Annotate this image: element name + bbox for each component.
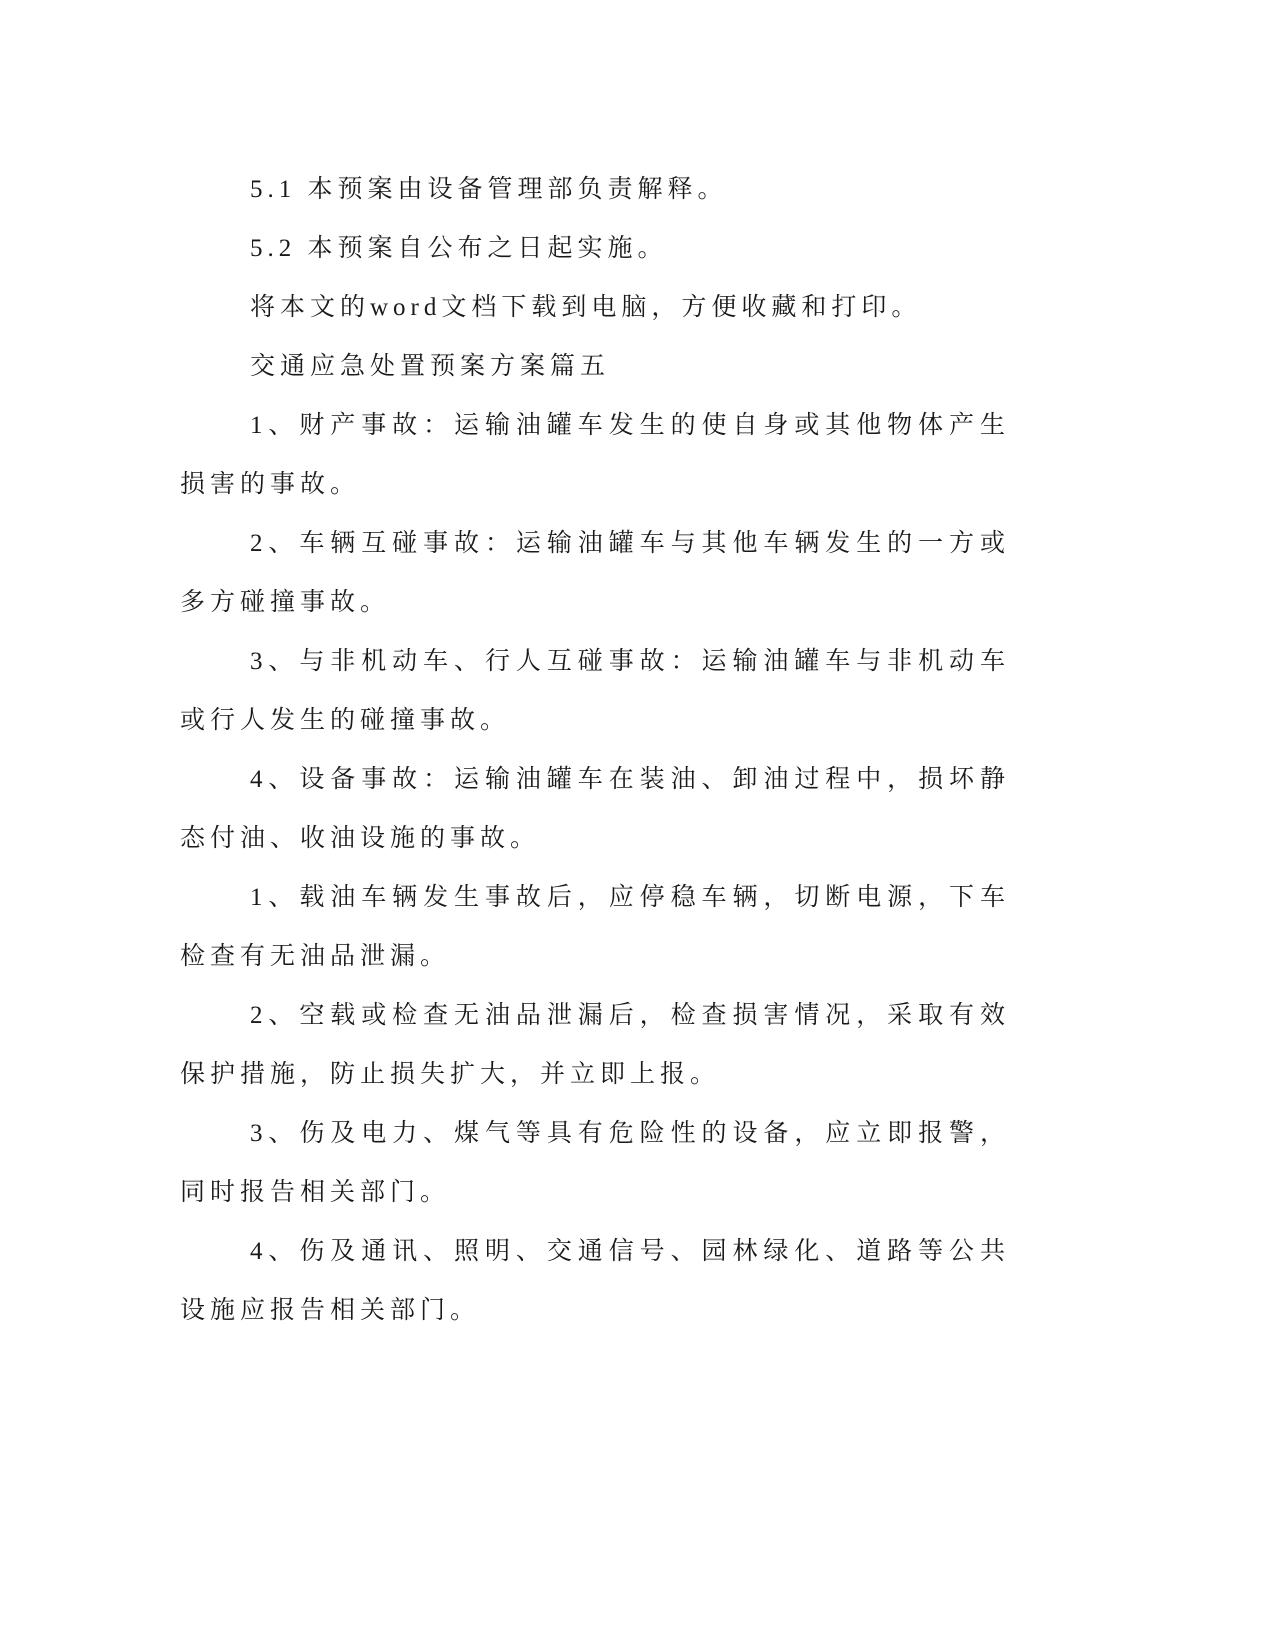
paragraph-procedure-2: 2、空载或检查无油品泄漏后，检查损害情况，采取有效保护措施，防止损失扩大，并立即… xyxy=(180,986,1010,1104)
paragraph-procedure-3: 3、伤及电力、煤气等具有危险性的设备，应立即报警，同时报告相关部门。 xyxy=(180,1104,1010,1222)
paragraph-download-note: 将本文的word文档下载到电脑，方便收藏和打印。 xyxy=(180,278,1010,337)
paragraph-procedure-1: 1、载油车辆发生事故后，应停稳车辆，切断电源，下车检查有无油品泄漏。 xyxy=(180,868,1010,986)
paragraph-accident-type-4: 4、设备事故：运输油罐车在装油、卸油过程中，损坏静态付油、收油设施的事故。 xyxy=(180,750,1010,868)
paragraph-accident-type-3: 3、与非机动车、行人互碰事故：运输油罐车与非机动车或行人发生的碰撞事故。 xyxy=(180,632,1010,750)
paragraph-procedure-4: 4、伤及通讯、照明、交通信号、园林绿化、道路等公共设施应报告相关部门。 xyxy=(180,1222,1010,1340)
section-heading: 交通应急处置预案方案篇五 xyxy=(180,337,1010,396)
paragraph-accident-type-2: 2、车辆互碰事故：运输油罐车与其他车辆发生的一方或多方碰撞事故。 xyxy=(180,514,1010,632)
paragraph-5-2: 5.2 本预案自公布之日起实施。 xyxy=(180,219,1010,278)
paragraph-5-1: 5.1 本预案由设备管理部负责解释。 xyxy=(180,160,1010,219)
document-page: 5.1 本预案由设备管理部负责解释。 5.2 本预案自公布之日起实施。 将本文的… xyxy=(180,160,1010,1340)
paragraph-accident-type-1: 1、财产事故：运输油罐车发生的使自身或其他物体产生损害的事故。 xyxy=(180,396,1010,514)
